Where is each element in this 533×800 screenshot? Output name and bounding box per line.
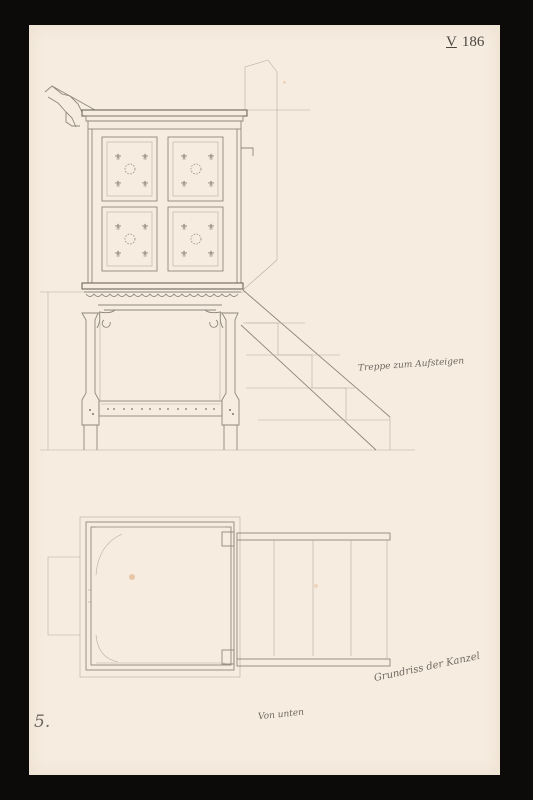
paper-stain: [283, 81, 286, 84]
construction-lines: [40, 60, 415, 450]
svg-text:⚜: ⚜: [180, 250, 188, 260]
rosettes: [125, 164, 201, 244]
svg-text:⚜: ⚜: [114, 250, 122, 260]
svg-text:⚜: ⚜: [114, 180, 122, 190]
inventory-number: V186: [446, 34, 484, 51]
svg-text:⚜: ⚜: [207, 153, 215, 163]
svg-text:⚜: ⚜: [141, 180, 149, 190]
architectural-drawing: ⚜⚜⚜⚜ ⚜⚜⚜⚜ ⚜⚜⚜⚜ ⚜⚜⚜⚜: [0, 0, 533, 800]
inventory-roman: V: [446, 34, 457, 50]
svg-text:⚜: ⚜: [207, 180, 215, 190]
svg-text:⚜: ⚜: [114, 153, 122, 163]
svg-text:⚜: ⚜: [180, 180, 188, 190]
svg-text:⚜: ⚜: [141, 223, 149, 233]
svg-text:⚜: ⚜: [141, 153, 149, 163]
pulpit-base: [82, 305, 239, 450]
svg-text:⚜: ⚜: [141, 250, 149, 260]
paper-stain: [129, 574, 135, 580]
svg-text:⚜: ⚜: [114, 223, 122, 233]
stair-plan: [237, 533, 390, 666]
svg-text:⚜: ⚜: [180, 153, 188, 163]
paper-stain: [314, 584, 318, 588]
inventory-digits: 186: [462, 34, 485, 50]
svg-text:⚜: ⚜: [207, 250, 215, 260]
svg-text:⚜: ⚜: [180, 223, 188, 233]
sheet-number: 5.: [34, 712, 50, 732]
pulpit-plan: [48, 517, 240, 677]
fleur-de-lis-ornaments: ⚜⚜⚜⚜ ⚜⚜⚜⚜ ⚜⚜⚜⚜ ⚜⚜⚜⚜: [114, 153, 215, 260]
lower-rail-ornament: [89, 408, 234, 415]
svg-text:⚜: ⚜: [207, 223, 215, 233]
pulpit-box: [82, 110, 253, 297]
